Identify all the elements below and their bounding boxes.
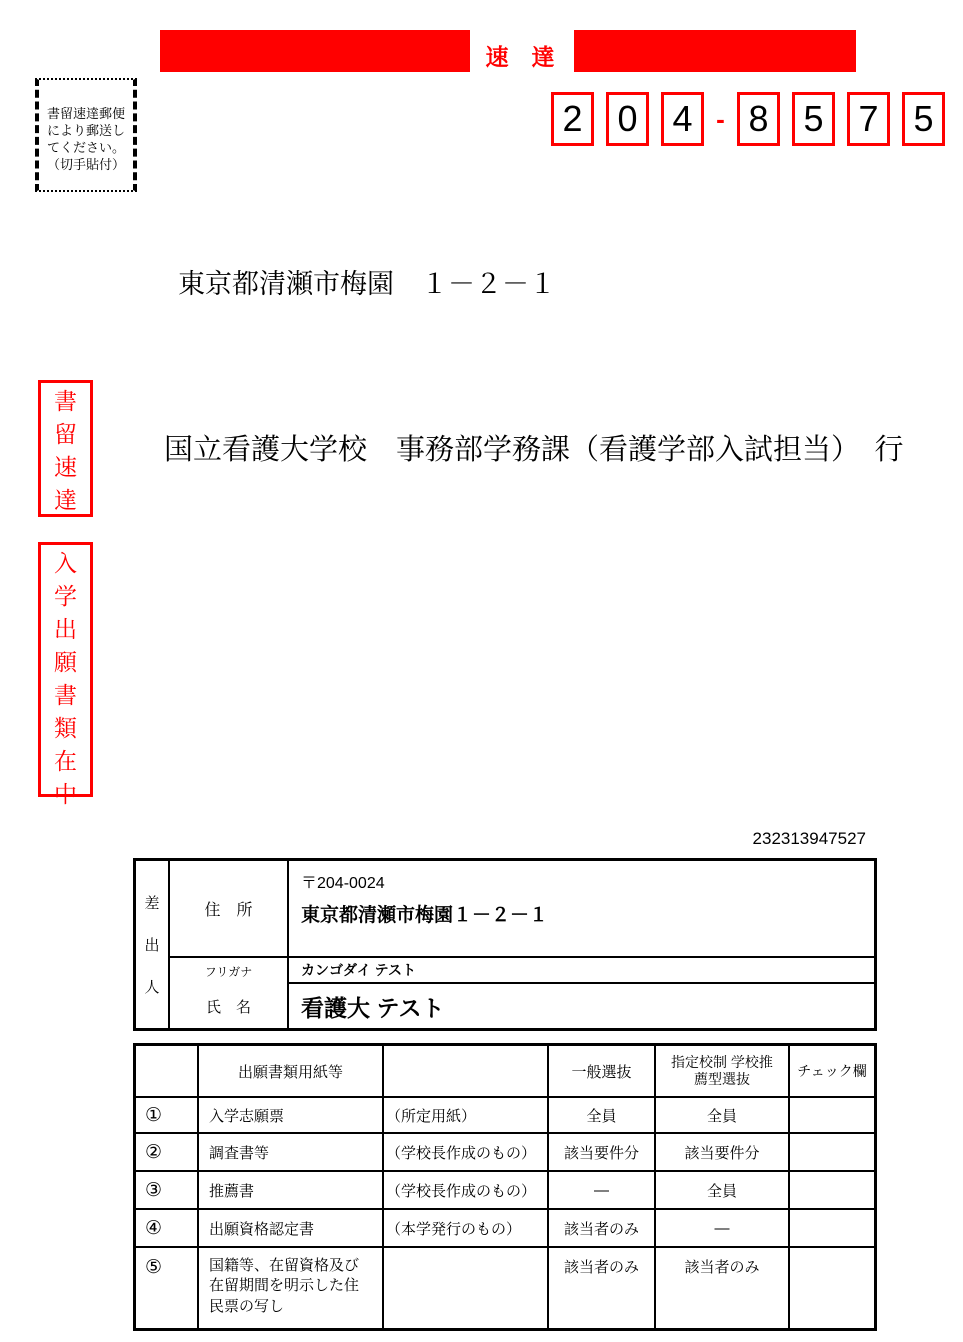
check-cell bbox=[790, 1172, 874, 1208]
sender-name-row: フリガナ 氏 名 カンゴダイ テスト 看護大 テスト bbox=[170, 958, 874, 1028]
sender-address-cell: 〒204-0024 東京都清瀬市梅園１－２－１ bbox=[289, 861, 874, 956]
header-check-column: チェック欄 bbox=[790, 1046, 874, 1096]
recommend-selection-cell: ― bbox=[656, 1210, 790, 1246]
recommend-selection-cell: 全員 bbox=[656, 1098, 790, 1132]
postal-digit-box: 5 bbox=[902, 92, 945, 146]
general-selection-cell: 全員 bbox=[549, 1098, 656, 1132]
express-label: 速 達 bbox=[478, 39, 562, 72]
general-selection-cell: ― bbox=[549, 1172, 656, 1208]
sender-address-label: 住 所 bbox=[170, 861, 289, 956]
check-cell bbox=[790, 1098, 874, 1132]
row-number: ③ bbox=[136, 1172, 199, 1208]
document-name: 国籍等、在留資格及び 在留期間を明示した住 民票の写し bbox=[199, 1248, 384, 1328]
sender-postal-code: 〒204-0024 bbox=[301, 870, 874, 893]
serial-number: 232313947527 bbox=[133, 829, 866, 849]
documents-checklist-table: 出願書類用紙等 一般選抜 指定校制 学校推 薦型選抜 チェック欄 ① 入学志願票… bbox=[133, 1043, 877, 1331]
document-note: （学校長作成のもの） bbox=[384, 1134, 549, 1170]
document-note: （学校長作成のもの） bbox=[384, 1172, 549, 1208]
sender-address-value: 東京都清瀬市梅園１－２－１ bbox=[301, 900, 874, 927]
table-row: ① 入学志願票 （所定用紙） 全員 全員 bbox=[136, 1098, 874, 1134]
document-name: 推薦書 bbox=[199, 1172, 384, 1208]
header-recommend-selection: 指定校制 学校推 薦型選抜 bbox=[656, 1046, 790, 1096]
postal-digit-box: 7 bbox=[847, 92, 890, 146]
table-row: ④ 出願資格認定書 （本学発行のもの） 該当者のみ ― bbox=[136, 1210, 874, 1248]
check-cell bbox=[790, 1248, 874, 1328]
application-contents-vertical-box: 入学出願書類在中 bbox=[38, 542, 93, 797]
sender-furigana-value: カンゴダイ テスト bbox=[289, 958, 874, 984]
table-row: ③ 推薦書 （学校長作成のもの） ― 全員 bbox=[136, 1172, 874, 1210]
check-cell bbox=[790, 1210, 874, 1246]
row-number: ② bbox=[136, 1134, 199, 1170]
postal-code-hyphen: - bbox=[716, 104, 725, 135]
row-number: ④ bbox=[136, 1210, 199, 1246]
postal-digit-box: 8 bbox=[737, 92, 780, 146]
postal-digit-box: 4 bbox=[661, 92, 704, 146]
check-cell bbox=[790, 1134, 874, 1170]
general-selection-cell: 該当要件分 bbox=[549, 1134, 656, 1170]
destination-address: 東京都清瀬市梅園 １－２－１ bbox=[178, 262, 556, 301]
mailing-label-page: 速 達 書留速達郵便 により郵送し てください。 （切手貼付） 2 0 4 - … bbox=[0, 0, 963, 1342]
sender-name-value: 看護大 テスト bbox=[289, 984, 874, 1028]
furigana-label: フリガナ bbox=[170, 958, 287, 984]
document-name: 入学志願票 bbox=[199, 1098, 384, 1132]
stamp-instruction-note: 書留速達郵便 により郵送し てください。 （切手貼付） bbox=[35, 78, 137, 192]
express-bar-left bbox=[160, 30, 470, 72]
row-number: ① bbox=[136, 1098, 199, 1132]
recommend-selection-cell: 該当者のみ bbox=[656, 1248, 790, 1328]
postal-digit-box: 2 bbox=[551, 92, 594, 146]
name-label: 氏 名 bbox=[170, 984, 287, 1028]
document-name: 調査書等 bbox=[199, 1134, 384, 1170]
table-row: ② 調査書等 （学校長作成のもの） 該当要件分 該当要件分 bbox=[136, 1134, 874, 1172]
postal-digit-box: 0 bbox=[606, 92, 649, 146]
express-bar-right bbox=[574, 30, 856, 72]
header-note bbox=[384, 1046, 549, 1096]
header-general-selection: 一般選抜 bbox=[549, 1046, 656, 1096]
table-row: ⑤ 国籍等、在留資格及び 在留期間を明示した住 民票の写し 該当者のみ 該当者の… bbox=[136, 1248, 874, 1328]
sender-name-labels: フリガナ 氏 名 bbox=[170, 958, 289, 1028]
general-selection-cell: 該当者のみ bbox=[549, 1210, 656, 1246]
sender-column-label: 差出人 bbox=[136, 861, 170, 1028]
document-name: 出願資格認定書 bbox=[199, 1210, 384, 1246]
sender-table-main: 住 所 〒204-0024 東京都清瀬市梅園１－２－１ フリガナ 氏 名 カンゴ… bbox=[170, 861, 874, 1028]
recommend-selection-cell: 該当要件分 bbox=[656, 1134, 790, 1170]
recommend-selection-cell: 全員 bbox=[656, 1172, 790, 1208]
registered-express-vertical-box: 書留速達 bbox=[38, 380, 93, 517]
document-note bbox=[384, 1248, 549, 1328]
sender-address-row: 住 所 〒204-0024 東京都清瀬市梅園１－２－１ bbox=[170, 861, 874, 958]
sender-table: 差出人 住 所 〒204-0024 東京都清瀬市梅園１－２－１ フリガナ 氏 名… bbox=[133, 858, 877, 1031]
header-no bbox=[136, 1046, 199, 1096]
general-selection-cell: 該当者のみ bbox=[549, 1248, 656, 1328]
document-note: （所定用紙） bbox=[384, 1098, 549, 1132]
recipient-name: 国立看護大学校 事務部学務課（看護学部入試担当） 行 bbox=[164, 427, 904, 468]
table-header-row: 出願書類用紙等 一般選抜 指定校制 学校推 薦型選抜 チェック欄 bbox=[136, 1046, 874, 1098]
row-number: ⑤ bbox=[136, 1248, 199, 1328]
postal-code-boxes: 2 0 4 - 8 5 7 5 bbox=[551, 92, 945, 146]
sender-name-values: カンゴダイ テスト 看護大 テスト bbox=[289, 958, 874, 1028]
document-note: （本学発行のもの） bbox=[384, 1210, 549, 1246]
postal-digit-box: 5 bbox=[792, 92, 835, 146]
header-document-name: 出願書類用紙等 bbox=[199, 1046, 384, 1096]
